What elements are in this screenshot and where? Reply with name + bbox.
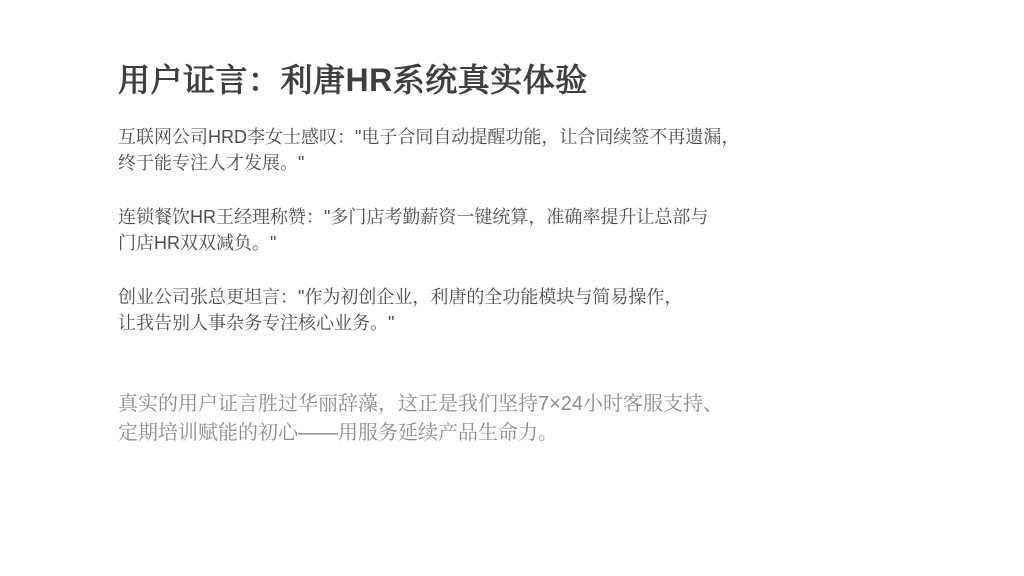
testimonial-restaurant-hr: 连锁餐饮HR王经理称赞："多门店考勤薪资一键统算，准确率提升让总部与 门店HR双… bbox=[118, 204, 708, 256]
testimonial-startup-ceo: 创业公司张总更坦言："作为初创企业，利唐的全功能模块与简易操作， 让我告别人事杂… bbox=[118, 284, 682, 336]
testimonial-line: 门店HR双双减负。" bbox=[118, 230, 708, 256]
testimonial-internet-hrd: 互联网公司HRD李女士感叹："电子合同自动提醒功能，让合同续签不再遗漏， 终于能… bbox=[118, 124, 739, 176]
closing-line: 定期培训赋能的初心——用服务延续产品生命力。 bbox=[118, 419, 723, 448]
closing-statement: 真实的用户证言胜过华丽辞藻，这正是我们坚持7×24小时客服支持、 定期培训赋能的… bbox=[118, 390, 723, 448]
closing-line: 真实的用户证言胜过华丽辞藻，这正是我们坚持7×24小时客服支持、 bbox=[118, 390, 723, 419]
slide-title: 用户证言：利唐HR系统真实体验 bbox=[118, 64, 588, 96]
testimonial-line: 互联网公司HRD李女士感叹："电子合同自动提醒功能，让合同续签不再遗漏， bbox=[118, 124, 739, 150]
testimonial-line: 连锁餐饮HR王经理称赞："多门店考勤薪资一键统算，准确率提升让总部与 bbox=[118, 204, 708, 230]
presentation-slide: 用户证言：利唐HR系统真实体验 互联网公司HRD李女士感叹："电子合同自动提醒功… bbox=[0, 0, 1024, 576]
testimonial-line: 终于能专注人才发展。" bbox=[118, 150, 739, 176]
testimonial-line: 创业公司张总更坦言："作为初创企业，利唐的全功能模块与简易操作， bbox=[118, 284, 682, 310]
testimonial-line: 让我告别人事杂务专注核心业务。" bbox=[118, 310, 682, 336]
